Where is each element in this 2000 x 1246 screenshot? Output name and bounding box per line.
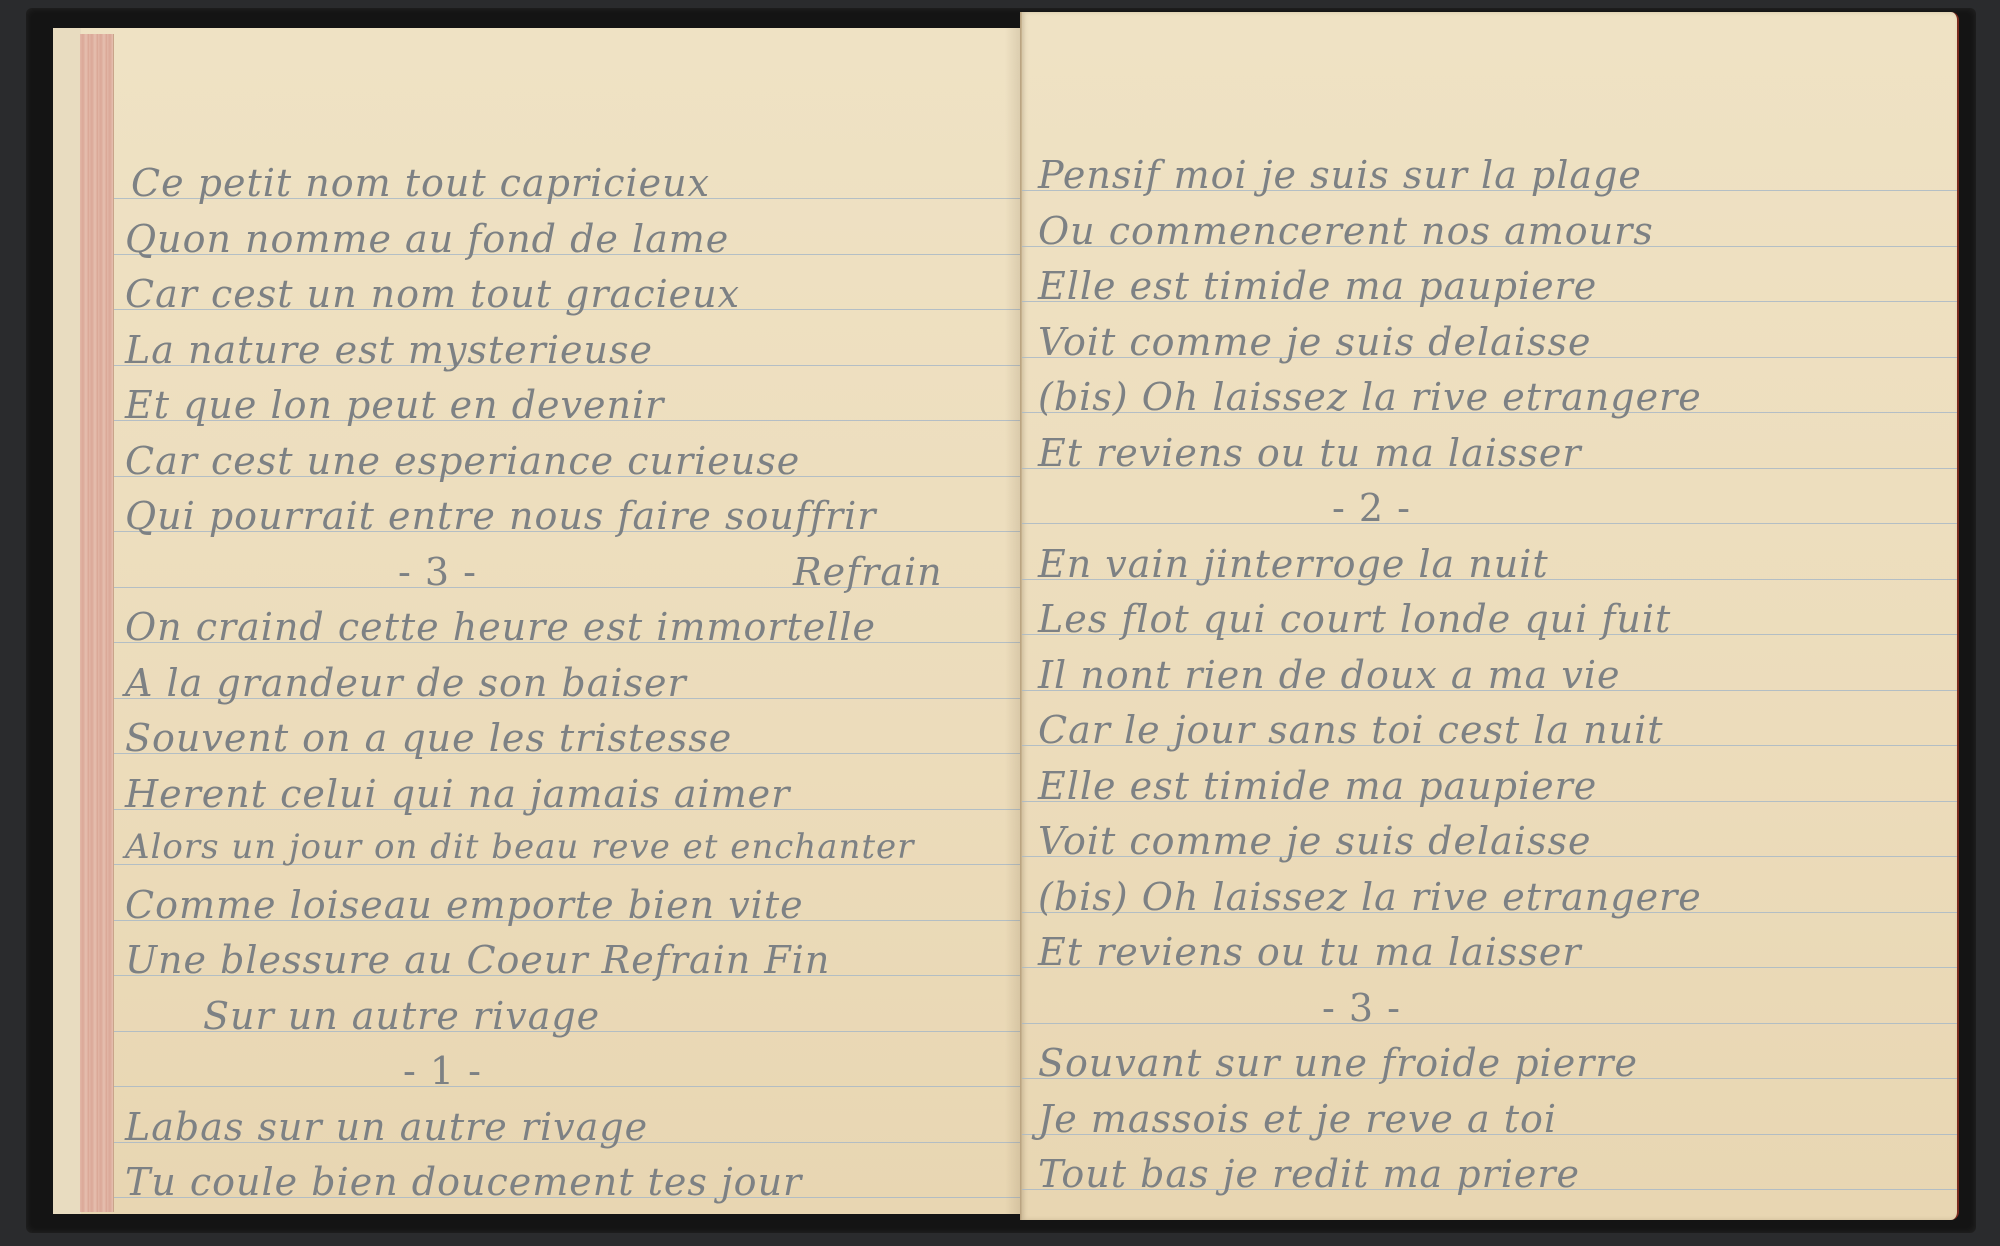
rule-line [1022, 1023, 1957, 1024]
handwritten-line: Souvant sur une froide pierre [1038, 1044, 1638, 1082]
right-page: Pensif moi je suis sur la plage Ou comme… [1022, 12, 1959, 1220]
handwritten-line: Comme loiseau emporte bien vite [125, 886, 804, 924]
handwritten-line: Une blessure au Coeur Refrain Fin [125, 941, 830, 979]
handwritten-line: Qui pourrait entre nous faire souffrir [125, 497, 876, 535]
handwritten-line: A la grandeur de son baiser [125, 664, 687, 702]
handwritten-line: Et reviens ou tu ma laisser [1038, 434, 1582, 472]
handwritten-line: Il nont rien de doux a ma vie [1038, 656, 1620, 694]
handwritten-line: On craind cette heure est immortelle [125, 608, 876, 646]
handwritten-line: Alors un jour on dit beau reve et enchan… [125, 830, 914, 864]
handwritten-line: Ce petit nom tout capricieux [131, 164, 710, 202]
handwritten-line: Elle est timide ma paupiere [1038, 267, 1597, 305]
handwritten-line: Souvent on a que les tristesse [125, 719, 732, 757]
handwritten-line: Pensif moi je suis sur la plage [1038, 156, 1642, 194]
handwritten-line: Voit comme je suis delaisse [1038, 323, 1591, 361]
handwritten-line: Et reviens ou tu ma laisser [1038, 933, 1582, 971]
handwritten-line: Quon nomme au fond de lame [125, 220, 729, 258]
handwritten-line: Et que lon peut en devenir [125, 386, 664, 424]
handwritten-line: Car le jour sans toi cest la nuit [1038, 711, 1664, 749]
handwritten-line: Les flot qui court londe qui fuit [1038, 600, 1671, 638]
stanza-number: - 3 - [1322, 989, 1401, 1027]
handwritten-line: Ou commencerent nos amours [1038, 212, 1654, 250]
stanza-number: - 3 - [398, 553, 477, 591]
handwritten-line: Je massois et je reve a toi [1038, 1100, 1557, 1138]
handwritten-line: Car cest un nom tout gracieux [125, 275, 740, 313]
handwritten-line: (bis) Oh laissez la rive etrangere [1038, 378, 1702, 416]
rule-line [1022, 523, 1957, 524]
handwritten-line: La nature est mysterieuse [125, 331, 653, 369]
handwritten-line: Labas sur un autre rivage [125, 1108, 648, 1146]
handwritten-line: Herent celui qui na jamais aimer [125, 775, 790, 813]
handwritten-line: Tout bas je redit ma priere [1038, 1155, 1580, 1193]
refrain-note: Refrain [793, 553, 943, 591]
handwritten-line: En vain jinterroge la nuit [1038, 545, 1549, 583]
left-page: Ce petit nom tout capricieux Quon nomme … [53, 28, 1023, 1214]
handwritten-line: Tu coule bien doucement tes jour [125, 1163, 802, 1201]
stanza-number: - 2 - [1332, 489, 1411, 527]
rule-line [53, 1086, 1023, 1087]
handwritten-line: Voit comme je suis delaisse [1038, 822, 1591, 860]
page-stack [53, 28, 81, 1214]
handwritten-line: (bis) Oh laissez la rive etrangere [1038, 878, 1702, 916]
handwritten-line: Elle est timide ma paupiere [1038, 767, 1597, 805]
song-title: Sur un autre rivage [203, 997, 600, 1035]
handwritten-line: Car cest une esperiance curieuse [125, 442, 800, 480]
page-edge-strip [80, 34, 114, 1212]
stanza-number: - 1 - [403, 1052, 482, 1090]
